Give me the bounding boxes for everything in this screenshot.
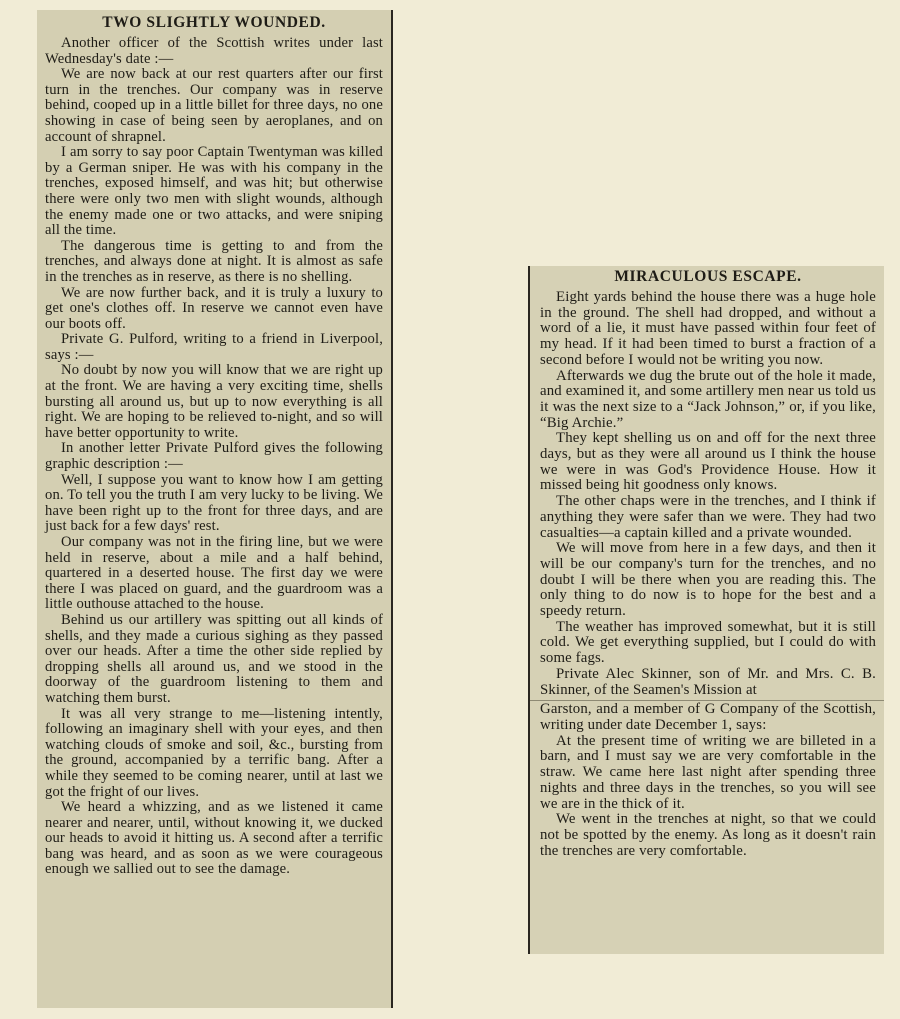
article-paragraph: We will move from here in a few days, an… bbox=[540, 541, 876, 620]
article-paragraph: It was all very strange to me—listening … bbox=[45, 707, 383, 801]
newspaper-clipping-miraculous-escape: MIRACULOUS ESCAPE. Eight yards behind th… bbox=[528, 266, 884, 954]
article-paragraph: The dangerous time is getting to and fro… bbox=[45, 239, 383, 286]
article-paragraph: Private Alec Skinner, son of Mr. and Mrs… bbox=[540, 667, 876, 698]
article-paragraph: They kept shelling us on and off for the… bbox=[540, 431, 876, 494]
article-paragraph: We went in the trenches at night, so tha… bbox=[540, 812, 876, 859]
article-paragraph: Well, I suppose you want to know how I a… bbox=[45, 473, 383, 535]
article-paragraph: Behind us our artillery was spitting out… bbox=[45, 613, 383, 707]
article-paragraph: Private G. Pulford, writing to a friend … bbox=[45, 332, 383, 363]
article-paragraph: The other chaps were in the trenches, an… bbox=[540, 494, 876, 541]
article-paragraph: No doubt by now you will know that we ar… bbox=[45, 363, 383, 441]
article-paragraph: We are now back at our rest quarters aft… bbox=[45, 67, 383, 145]
article-paragraph: I am sorry to say poor Captain Twentyman… bbox=[45, 145, 383, 239]
article-paragraph: The weather has improved somewhat, but i… bbox=[540, 620, 876, 667]
article-paragraph: We heard a whizzing, and as we listened … bbox=[45, 800, 383, 878]
article-paragraph: We are now further back, and it is truly… bbox=[45, 286, 383, 333]
article-paragraph: Our company was not in the firing line, … bbox=[45, 535, 383, 613]
newspaper-clipping-two-slightly-wounded: TWO SLIGHTLY WOUNDED. Another officer of… bbox=[37, 10, 393, 1008]
article-paragraph: Garston, and a member of G Company of th… bbox=[540, 702, 876, 733]
headline: MIRACULOUS ESCAPE. bbox=[540, 268, 876, 286]
article-paragraph: Eight yards behind the house there was a… bbox=[540, 290, 876, 369]
headline: TWO SLIGHTLY WOUNDED. bbox=[45, 14, 383, 32]
article-paragraph: Afterwards we dug the brute out of the h… bbox=[540, 369, 876, 432]
article-paragraph: Another officer of the Scottish writes u… bbox=[45, 36, 383, 67]
article-paragraph: In another letter Private Pulford gives … bbox=[45, 441, 383, 472]
article-paragraph: At the present time of writing we are bi… bbox=[540, 734, 876, 813]
